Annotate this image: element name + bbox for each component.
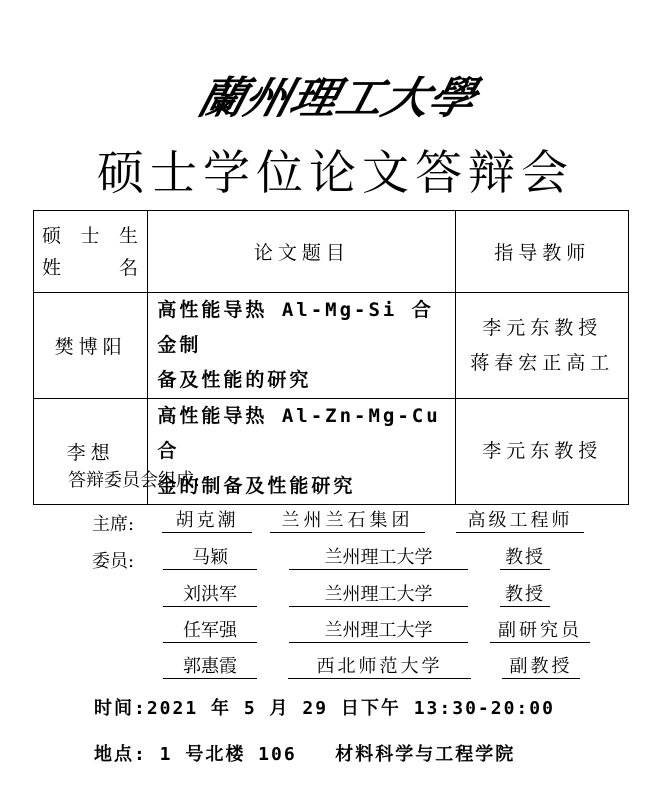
chair-label: 主席: [92, 510, 134, 536]
members-label: 委员: [92, 547, 134, 573]
header-topic: 论文题目 [148, 211, 456, 293]
student-name: 樊博阳 [34, 293, 148, 399]
advisor-line: 李元东教授 [456, 434, 628, 469]
chair-org: 兰州兰石集团 [270, 510, 425, 533]
member-name: 马颖 [163, 547, 257, 570]
advisor-line: 蒋春宏正高工 [456, 346, 628, 381]
defense-time: 时间:2021 年 5 月 29 日下午 13:30-20:00 [94, 694, 555, 720]
member-name: 郭惠霞 [163, 656, 257, 679]
member-org: 西北师范大学 [288, 656, 471, 679]
header-char: 姓 [42, 252, 61, 284]
university-logo: 蘭 州 理 工 大 學 [200, 64, 462, 126]
header-char: 硕 [42, 220, 61, 252]
member-row: 郭惠霞 西北师范大学 副教授 [0, 656, 654, 682]
defense-table: 硕 士 生 姓 名 论文题目 指导教师 樊博阳 高性能导热 Al-Mg-Si 合… [33, 210, 629, 505]
defense-location: 地点: 1 号北楼 106 材料科学与工程学院 [94, 740, 515, 766]
topic-line: 备及性能的研究 [157, 363, 455, 398]
header-advisor: 指导教师 [456, 211, 629, 293]
advisor-line: 李元东教授 [456, 311, 628, 346]
chair-name: 胡克潮 [162, 510, 252, 533]
member-name: 任军强 [163, 620, 257, 643]
member-row: 任军强 兰州理工大学 副研究员 [0, 620, 654, 646]
thesis-topic: 高性能导热 Al-Mg-Si 合金制 备及性能的研究 [148, 293, 456, 399]
table-row: 樊博阳 高性能导热 Al-Mg-Si 合金制 备及性能的研究 李元东教授 蒋春宏… [34, 293, 629, 399]
header-char: 士 [80, 220, 99, 252]
member-title: 副教授 [502, 656, 580, 679]
table-header-row: 硕 士 生 姓 名 论文题目 指导教师 [34, 211, 629, 293]
member-org: 兰州理工大学 [289, 547, 468, 570]
topic-line: 高性能导热 Al-Zn-Mg-Cu 合 [157, 399, 455, 469]
chair-title: 高级工程师 [456, 510, 584, 533]
member-title: 副研究员 [490, 620, 590, 643]
advisor: 李元东教授 蒋春宏正高工 [456, 293, 629, 399]
member-org: 兰州理工大学 [289, 620, 468, 643]
chair-row: 主席: 胡克潮 兰州兰石集团 高级工程师 [0, 510, 654, 536]
member-row: 刘洪军 兰州理工大学 教授 [0, 584, 654, 610]
committee-heading: 答辩委员会组成: [68, 466, 200, 492]
member-row: 委员: 马颖 兰州理工大学 教授 [0, 547, 654, 573]
header-char: 名 [119, 252, 138, 284]
member-name: 刘洪军 [163, 584, 257, 607]
member-title: 教授 [500, 547, 550, 570]
advisor: 李元东教授 [456, 399, 629, 505]
topic-line: 金的制备及性能研究 [157, 469, 455, 504]
member-org: 兰州理工大学 [289, 584, 468, 607]
header-char: 生 [119, 220, 138, 252]
topic-line: 高性能导热 Al-Mg-Si 合金制 [157, 293, 455, 363]
page-title: 硕士学位论文答辩会 [97, 141, 567, 207]
header-student-name: 硕 士 生 姓 名 [34, 211, 148, 293]
member-title: 教授 [500, 584, 550, 607]
